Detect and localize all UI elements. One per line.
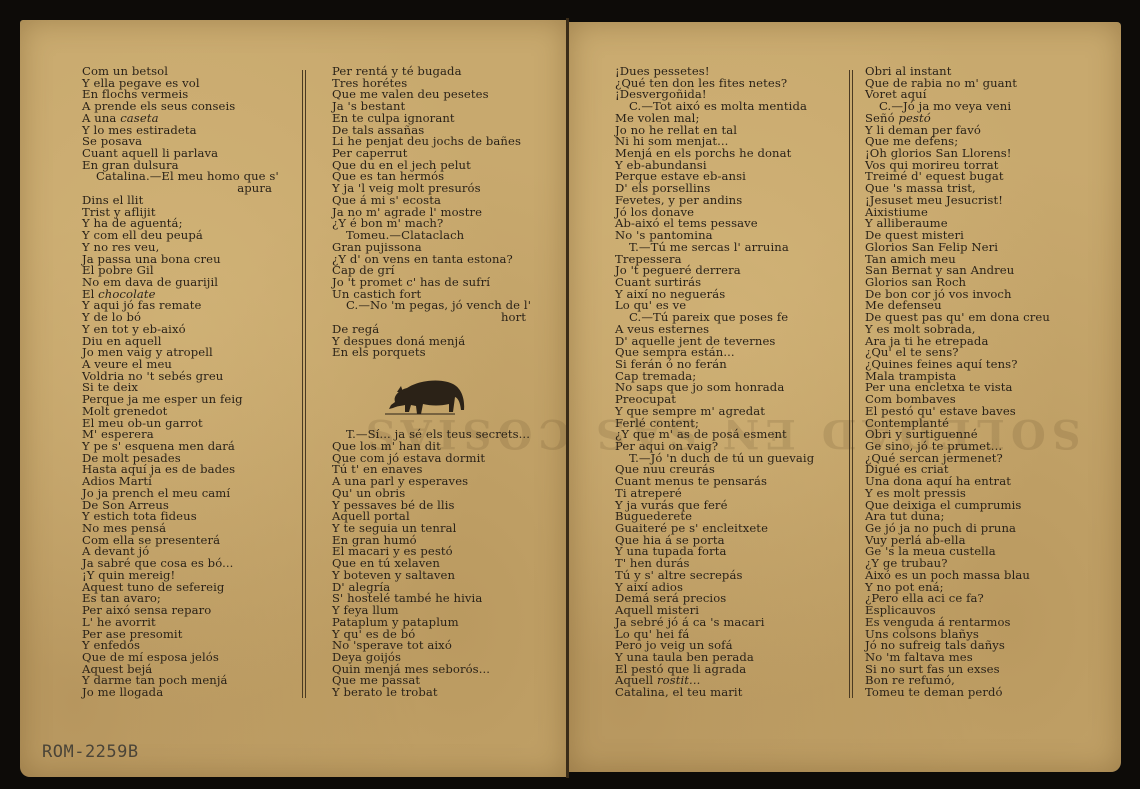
column-divider-right-double [852, 70, 853, 698]
verse-line: En els porquets [332, 347, 528, 359]
center-fold [566, 18, 569, 778]
verse-column-3: ¡Dues pessetes!¿Qué ten don les fites ne… [615, 66, 805, 699]
illustration-spacer [332, 359, 528, 371]
verse-line: Tomeu te deman perdó [865, 687, 1040, 699]
verse-text: Tomeu te deman perdó [865, 685, 1003, 699]
verse-text: En els porquets [332, 345, 426, 359]
verse-line: Y berato le trobat [332, 687, 528, 699]
column-divider-left [302, 70, 303, 698]
verse-column-4: Obri al instantQue de rabia no m' guantV… [865, 66, 1040, 699]
verse-text: Y berato le trobat [332, 685, 438, 699]
verse-text: Jo me llogada [82, 685, 163, 699]
verse-text: hort [501, 310, 526, 324]
verse-text: Catalina, el teu marit [615, 685, 742, 699]
boar-woodcut-icon [385, 372, 469, 422]
verse-line: C.—No 'm pegas, jó vench de l' [332, 300, 528, 312]
verse-line: Jo me llogada [82, 687, 274, 699]
verse-line: Catalina, el teu marit [615, 687, 805, 699]
verse-text: apura [237, 181, 272, 195]
catalog-number-label: ROM-2259B [42, 742, 139, 762]
verse-column-1: Com un betsolY ella pegave es volEn floc… [82, 66, 274, 699]
column-divider-right [849, 70, 850, 698]
column-divider-left-double [305, 70, 306, 698]
